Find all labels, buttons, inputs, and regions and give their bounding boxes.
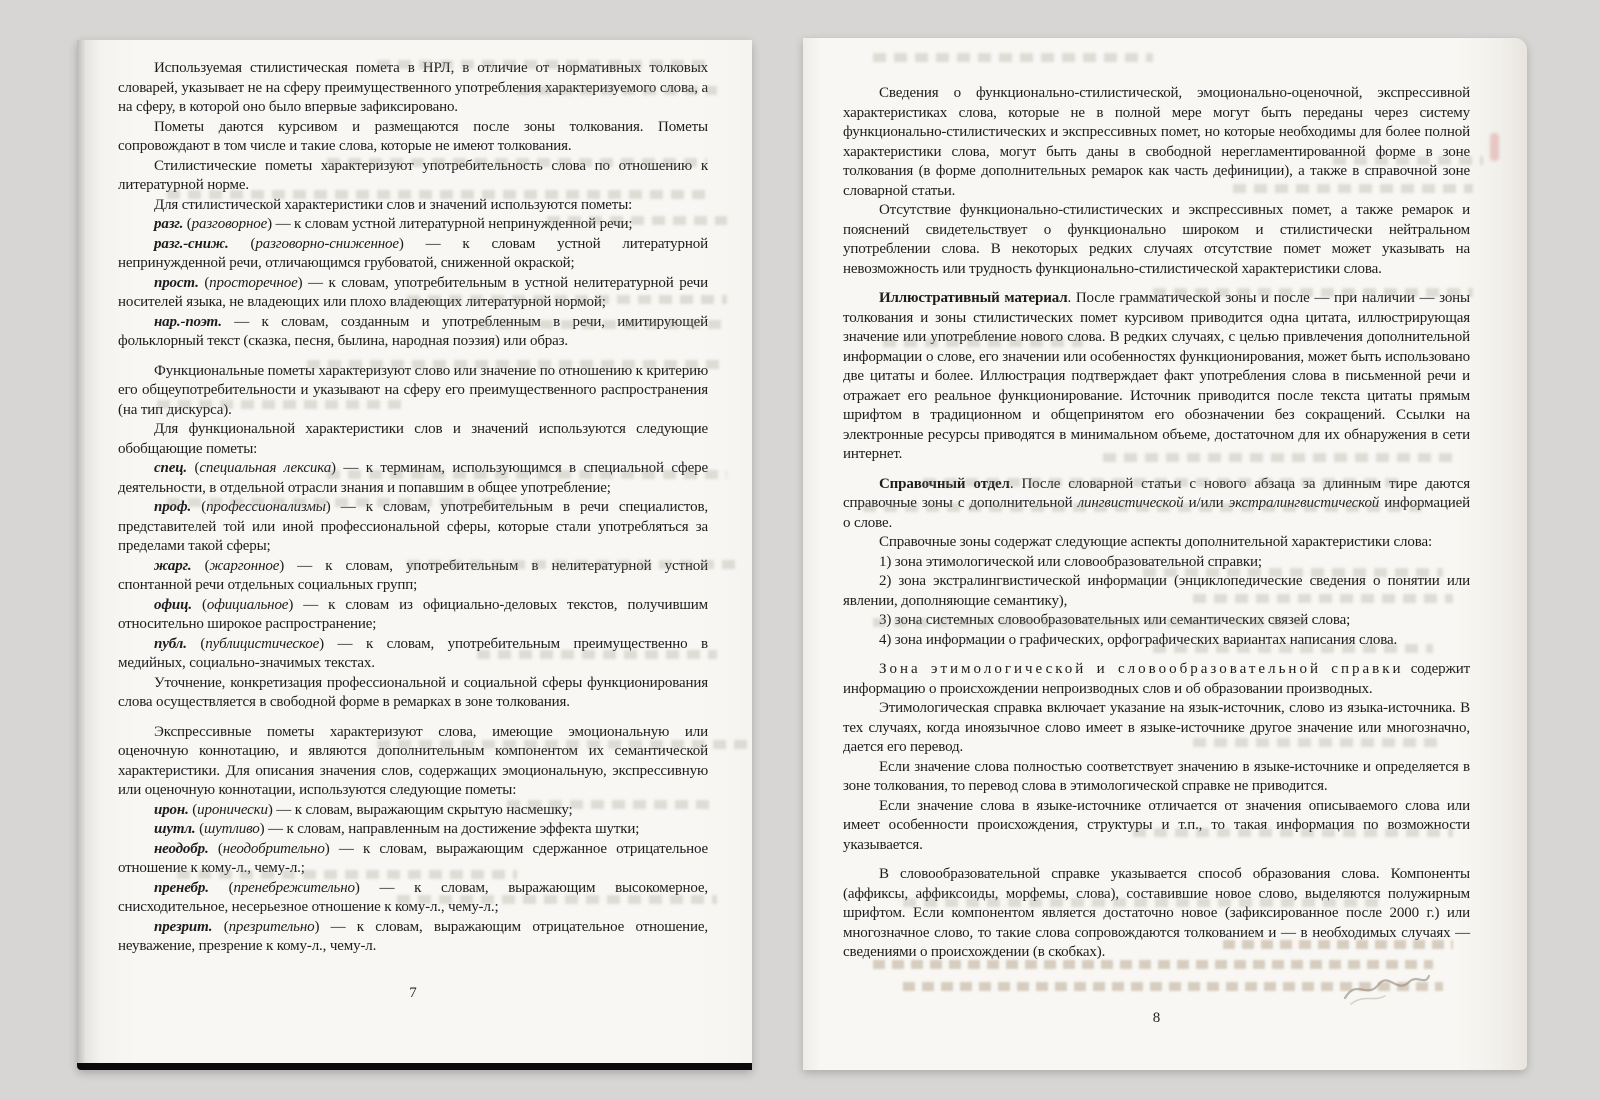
text-segment: специальная лексика	[199, 460, 331, 476]
text-segment: пренебрежительно	[233, 880, 354, 896]
paragraph: 2) зона экстралингвистической информации…	[843, 572, 1470, 611]
paragraph: публ. (публицистическое) — к словам, упо…	[118, 635, 708, 674]
text-segment: . После грамматической зоны и после — пр…	[843, 290, 1470, 462]
text-segment: публицистическое	[205, 636, 319, 652]
text-segment: неодобр.	[154, 841, 209, 857]
text-segment: ) — к словам устной литературной неприну…	[267, 216, 632, 232]
text-segment: ирон.	[154, 802, 189, 818]
paragraph: Для функциональной характеристики слов и…	[118, 420, 708, 459]
scan-artifact	[1490, 133, 1499, 161]
paragraph: прост. (просторечное) — к словам, употре…	[118, 274, 708, 313]
text-segment: проф.	[154, 499, 191, 515]
right-page: Сведения о функционально-стилистической,…	[803, 38, 1527, 1070]
paragraph: Если значение слова в языке-источнике от…	[843, 797, 1470, 856]
paragraph: Пометы даются курсивом и размещаются пос…	[118, 118, 708, 157]
text-segment: (	[191, 558, 209, 574]
paragraph: офиц. (официальное) — к словам из официа…	[118, 596, 708, 635]
paragraph: неодобр. (неодобрительно) — к словам, вы…	[118, 840, 708, 879]
paragraph: спец. (специальная лексика) — к терминам…	[118, 459, 708, 498]
text-segment: Пометы даются курсивом и размещаются пос…	[118, 119, 708, 155]
text-segment: Сведения о функционально-стилистической,…	[843, 85, 1470, 199]
text-segment: (	[183, 216, 191, 232]
paragraph: ирон. (иронически) — к словам, выражающи…	[118, 801, 708, 821]
text-segment: презрит.	[154, 919, 212, 935]
text-segment: разг.-сниж.	[154, 236, 229, 252]
right-page-number: 8	[843, 1010, 1470, 1027]
text-segment: просторечное	[209, 275, 297, 291]
text-segment: ) — к словам, направленным на достижение…	[260, 821, 640, 837]
text-segment: публ.	[154, 636, 187, 652]
left-page-number: 7	[118, 985, 708, 1002]
book-scan: Используемая стилистическая помета в НРЛ…	[0, 0, 1600, 1100]
text-segment: жаргонное	[209, 558, 279, 574]
paragraph: 4) зона информации о графических, орфогр…	[843, 631, 1470, 651]
text-segment: (	[209, 841, 223, 857]
text-segment: презрительно	[229, 919, 315, 935]
paragraph: 1) зона этимологической или словообразов…	[843, 553, 1470, 573]
paragraph: Зона этимологической и словообразователь…	[843, 660, 1470, 699]
paragraph: Справочный отдел. После словарной статьи…	[843, 475, 1470, 534]
text-segment: пренебр.	[154, 880, 209, 896]
text-segment: разговорное	[192, 216, 267, 232]
paragraph: разг.-сниж. (разговорно-сниженное) — к с…	[118, 235, 708, 274]
paragraph: Уточнение, конкретизация профессионально…	[118, 674, 708, 713]
bleed-through-text	[873, 53, 1153, 62]
text-segment: 1) зона этимологической или словообразов…	[879, 554, 1262, 570]
text-segment: Зона этимологической и словообразователь…	[879, 661, 1404, 677]
text-segment: (	[191, 499, 206, 515]
text-segment: иронически	[197, 802, 268, 818]
paragraph: Экспрессивные пометы характеризуют слова…	[118, 723, 708, 801]
text-segment: Если значение слова полностью соответств…	[843, 759, 1470, 795]
paragraph: Если значение слова полностью соответств…	[843, 758, 1470, 797]
right-page-text: Сведения о функционально-стилистической,…	[843, 84, 1470, 963]
paragraph: Для стилистической характеристики слов и…	[118, 196, 708, 216]
text-segment: 2) зона экстралингвистической информации…	[843, 573, 1470, 609]
text-segment: Иллюстративный материал	[879, 290, 1068, 306]
text-segment: Используемая стилистическая помета в НРЛ…	[118, 60, 708, 115]
text-segment: экстралингвистической	[1229, 495, 1379, 511]
text-segment: (	[192, 597, 207, 613]
text-segment: Справочные зоны содержат следующие аспек…	[879, 534, 1432, 550]
book-edge-shadow	[77, 1063, 752, 1070]
paragraph: презрит. (презрительно) — к словам, выра…	[118, 918, 708, 957]
text-segment: Уточнение, конкретизация профессионально…	[118, 675, 708, 711]
paragraph: разг. (разговорное) — к словам устной ли…	[118, 215, 708, 235]
bleed-through-text	[903, 982, 1443, 991]
paragraph: Иллюстративный материал. После грамматич…	[843, 289, 1470, 465]
text-segment: официальное	[207, 597, 288, 613]
paragraph: шутл. (шутливо) — к словам, направленным…	[118, 820, 708, 840]
paragraph: жарг. (жаргонное) — к словам, употребите…	[118, 557, 708, 596]
text-segment: (	[199, 275, 209, 291]
paragraph: Функциональные пометы характеризуют слов…	[118, 362, 708, 421]
text-segment: спец.	[154, 460, 187, 476]
paragraph: пренебр. (пренебрежительно) — к словам, …	[118, 879, 708, 918]
text-segment: офиц.	[154, 597, 192, 613]
text-segment: Если значение слова в языке-источнике от…	[843, 798, 1470, 853]
text-segment: 3) зона системных словообразовательных и…	[879, 612, 1350, 628]
text-segment: (	[212, 919, 228, 935]
paragraph: Стилистические пометы характеризуют упот…	[118, 157, 708, 196]
text-segment: Справочный отдел	[879, 476, 1010, 492]
text-segment: Для функциональной характеристики слов и…	[118, 421, 708, 457]
text-segment: шутл.	[154, 821, 196, 837]
text-segment: 4) зона информации о графических, орфогр…	[879, 632, 1397, 648]
text-segment: ) — к словам, выражающим скрытую насмешк…	[268, 802, 573, 818]
paragraph: Сведения о функционально-стилистической,…	[843, 84, 1470, 201]
text-segment: шутливо	[204, 821, 260, 837]
text-segment: Этимологическая справка включает указани…	[843, 700, 1470, 755]
text-segment: (	[196, 821, 204, 837]
paragraph: В словообразовательной справке указывает…	[843, 865, 1470, 963]
text-segment: нар.-поэт.	[154, 314, 222, 330]
text-segment: жарг.	[154, 558, 191, 574]
text-segment: Стилистические пометы характеризуют упот…	[118, 158, 708, 194]
left-page: Используемая стилистическая помета в НРЛ…	[77, 40, 752, 1070]
text-segment: лингвистической	[1078, 495, 1184, 511]
text-segment: (	[187, 636, 205, 652]
paragraph: Используемая стилистическая помета в НРЛ…	[118, 59, 708, 118]
paragraph: Справочные зоны содержат следующие аспек…	[843, 533, 1470, 553]
text-segment: неодобрительно	[223, 841, 325, 857]
pencil-mark	[1341, 966, 1433, 1008]
text-segment: прост.	[154, 275, 199, 291]
paragraph: 3) зона системных словообразовательных и…	[843, 611, 1470, 631]
text-segment: (	[209, 880, 234, 896]
text-segment: разг.	[154, 216, 183, 232]
paragraph: проф. (профессионализмы) — к словам, упо…	[118, 498, 708, 557]
text-segment: Для стилистической характеристики слов и…	[154, 197, 632, 213]
text-segment: (	[229, 236, 256, 252]
paragraph: Этимологическая справка включает указани…	[843, 699, 1470, 758]
text-segment: В словообразовательной справке указывает…	[843, 866, 1470, 960]
left-page-text: Используемая стилистическая помета в НРЛ…	[118, 59, 708, 957]
paragraph: нар.-поэт. — к словам, созданным и употр…	[118, 313, 708, 352]
text-segment: (	[187, 460, 199, 476]
text-segment: (	[189, 802, 197, 818]
text-segment: разговорно-сниженное	[255, 236, 399, 252]
text-segment: профессионализмы	[206, 499, 326, 515]
text-segment: Экспрессивные пометы характеризуют слова…	[118, 724, 708, 799]
text-segment: Функциональные пометы характеризуют слов…	[118, 363, 708, 418]
text-segment: и/или	[1183, 495, 1228, 511]
text-segment: Отсутствие функционально-стилистических …	[843, 202, 1470, 277]
paragraph: Отсутствие функционально-стилистических …	[843, 201, 1470, 279]
